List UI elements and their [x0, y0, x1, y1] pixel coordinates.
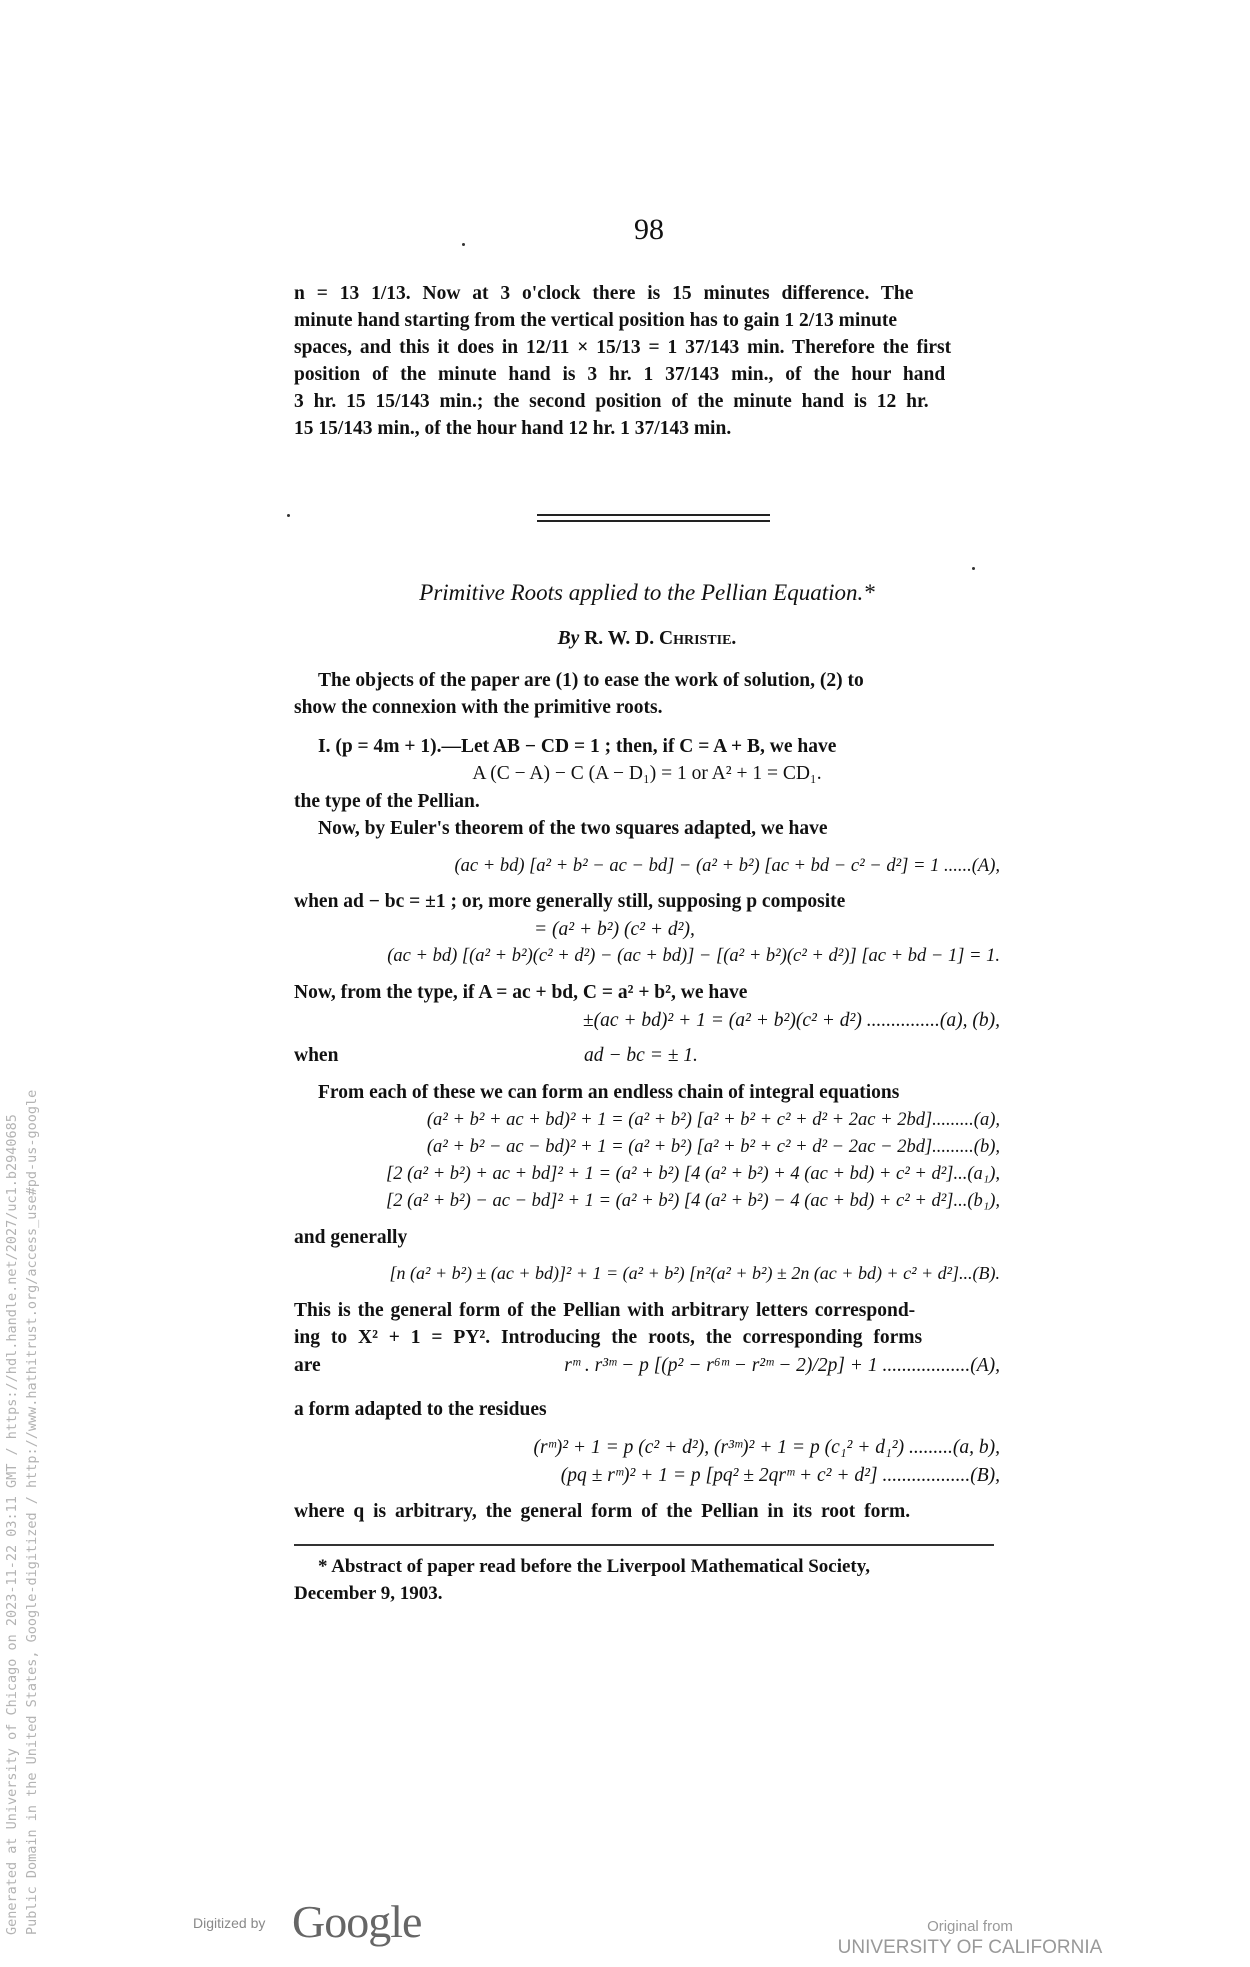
- section-divider-bottom: [537, 520, 770, 522]
- digitized-by-label: Digitized by: [193, 1915, 265, 1931]
- scan-speck: [287, 514, 290, 517]
- paragraph-line: 3 hr. 15 15/143 min.; the second positio…: [294, 391, 1000, 413]
- equation-roots-A: rᵐ . r³ᵐ − p [(p² − r⁶ᵐ − r²ᵐ − 2)/2p] +…: [294, 1355, 1000, 1377]
- when-equation: ad − bc = ± 1.: [294, 1045, 1000, 1067]
- paragraph-line: minute hand starting from the vertical p…: [294, 310, 1000, 332]
- text-line: a form adapted to the residues: [294, 1399, 1000, 1421]
- intro-line: The objects of the paper are (1) to ease…: [294, 670, 1000, 692]
- author-name: R. W. D. Christie.: [584, 628, 736, 649]
- equation-A: (ac + bd) [a² + b² − ac − bd] − (a² + b²…: [294, 856, 1000, 877]
- institution-name: UNIVERSITY OF CALIFORNIA: [800, 1937, 1140, 1959]
- section-1-heading: I. (p = 4m + 1).—Let AB − CD = 1 ; then,…: [294, 736, 1000, 758]
- equation-B: [n (a² + b²) ± (ac + bd)]² + 1 = (a² + b…: [294, 1263, 1000, 1284]
- intro-line: show the connexion with the primitive ro…: [294, 697, 1000, 719]
- byline-prefix: By: [558, 628, 580, 649]
- footnote-divider: [294, 1544, 994, 1546]
- equation-residues-B: (pq ± rᵐ)² + 1 = p [pq² ± 2qrᵐ + c² + d²…: [294, 1465, 1000, 1487]
- text-line: Now, by Euler's theorem of the two squar…: [294, 818, 1000, 840]
- text-line: This is the general form of the Pellian …: [294, 1300, 1000, 1322]
- scan-speck: [462, 243, 465, 246]
- google-logo: Google: [292, 1895, 421, 1948]
- footnote-line: December 9, 1903.: [294, 1583, 1000, 1605]
- closing-line: where q is arbitrary, the general form o…: [294, 1501, 1000, 1523]
- equation-composite-1: = (a² + b²) (c² + d²),: [294, 919, 1000, 941]
- text-line: and generally: [294, 1227, 1000, 1249]
- chain-equation: [2 (a² + b²) + ac + bd]² + 1 = (a² + b²)…: [294, 1164, 1000, 1185]
- hathitrust-watermark: Generated at University of Chicago on 20…: [2, 1090, 42, 1935]
- watermark-line-1: Generated at University of Chicago on 20…: [2, 1090, 22, 1935]
- equation-composite-2: (ac + bd) [(a² + b²)(c² + d²) − (ac + bd…: [294, 946, 1000, 967]
- original-from-label: Original from: [800, 1918, 1140, 1935]
- chain-equation: [2 (a² + b²) − ac − bd]² + 1 = (a² + b²)…: [294, 1191, 1000, 1212]
- page-number: 98: [634, 213, 664, 247]
- paragraph-line: 15 15/143 min., of the hour hand 12 hr. …: [294, 418, 1000, 440]
- equation-residues-a-b: (rᵐ)² + 1 = p (c² + d²), (r³ᵐ)² + 1 = p …: [294, 1437, 1000, 1459]
- text-line: From each of these we can form an endles…: [294, 1082, 1000, 1104]
- scan-speck: [972, 567, 975, 570]
- equation-a-b: ±(ac + bd)² + 1 = (a² + b²)(c² + d²) ...…: [294, 1010, 1000, 1032]
- paragraph-line: spaces, and this it does in 12/11 × 15/1…: [294, 337, 1000, 359]
- watermark-line-2: Public Domain in the United States, Goog…: [22, 1090, 42, 1935]
- article-title: Primitive Roots applied to the Pellian E…: [294, 580, 1000, 606]
- paragraph-line: position of the minute hand is 3 hr. 1 3…: [294, 364, 1000, 386]
- footnote-line: * Abstract of paper read before the Live…: [294, 1556, 1000, 1578]
- article-byline: By R. W. D. Christie.: [294, 628, 1000, 650]
- section-divider-top: [537, 514, 770, 516]
- chain-equation: (a² + b² − ac − bd)² + 1 = (a² + b²) [a²…: [294, 1137, 1000, 1158]
- chain-equation: (a² + b² + ac + bd)² + 1 = (a² + b²) [a²…: [294, 1110, 1000, 1131]
- original-from-credit: Original from UNIVERSITY OF CALIFORNIA: [800, 1918, 1140, 1959]
- text-line: ing to X² + 1 = PY². Introducing the roo…: [294, 1327, 1000, 1349]
- text-line: when ad − bc = ±1 ; or, more generally s…: [294, 891, 1000, 913]
- text-line: the type of the Pellian.: [294, 791, 1000, 813]
- equation-type: A (C − A) − C (A − D₁) = 1 or A² + 1 = C…: [294, 763, 1000, 785]
- text-line: Now, from the type, if A = ac + bd, C = …: [294, 982, 1000, 1004]
- paragraph-line: n = 13 1/13. Now at 3 o'clock there is 1…: [294, 283, 1000, 305]
